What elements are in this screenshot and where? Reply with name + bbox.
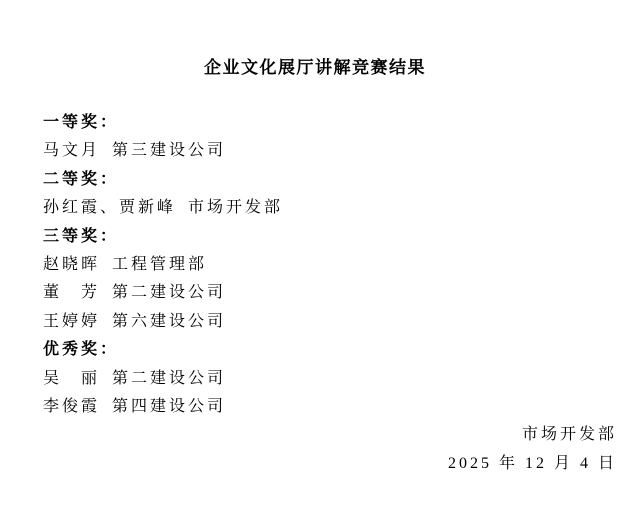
document-title: 企业文化展厅讲解竞赛结果 xyxy=(0,0,630,78)
award-entry: 孙红霞、贾新峰市场开发部 xyxy=(0,194,630,222)
winner-name: 吴 丽 xyxy=(43,370,100,387)
signature-date: 2025 年 12 月 4 日 xyxy=(0,450,630,478)
award-entry: 李俊霞第四建设公司 xyxy=(0,393,630,421)
winner-unit: 第六建设公司 xyxy=(112,313,226,330)
signature-department: 市场开发部 xyxy=(0,421,630,449)
winner-name: 赵晓晖 xyxy=(43,256,100,273)
winner-name: 孙红霞、贾新峰 xyxy=(43,199,176,216)
winner-name: 马文月 xyxy=(43,142,100,159)
winner-unit: 第三建设公司 xyxy=(112,142,226,159)
document-body: 一等奖： 马文月第三建设公司 二等奖： 孙红霞、贾新峰市场开发部 三等奖： 赵晓… xyxy=(0,109,630,478)
winner-unit: 第二建设公司 xyxy=(112,370,226,387)
winner-name: 董 芳 xyxy=(43,284,100,301)
award-tier-heading-second: 二等奖： xyxy=(0,166,630,194)
document-page: 企业文化展厅讲解竞赛结果 一等奖： 马文月第三建设公司 二等奖： 孙红霞、贾新峰… xyxy=(0,0,630,509)
award-entry: 赵晓晖工程管理部 xyxy=(0,251,630,279)
winner-name: 王婷婷 xyxy=(43,313,100,330)
award-entry: 吴 丽第二建设公司 xyxy=(0,365,630,393)
award-entry: 王婷婷第六建设公司 xyxy=(0,308,630,336)
winner-unit: 第四建设公司 xyxy=(112,398,226,415)
winner-unit: 第二建设公司 xyxy=(112,284,226,301)
award-entry: 马文月第三建设公司 xyxy=(0,137,630,165)
signature-block: 市场开发部 2025 年 12 月 4 日 xyxy=(0,421,630,478)
winner-name: 李俊霞 xyxy=(43,398,100,415)
winner-unit: 工程管理部 xyxy=(112,256,207,273)
award-tier-heading-third: 三等奖： xyxy=(0,223,630,251)
award-entry: 董 芳第二建设公司 xyxy=(0,279,630,307)
winner-unit: 市场开发部 xyxy=(188,199,283,216)
award-tier-heading-excellence: 优秀奖： xyxy=(0,336,630,364)
award-tier-heading-first: 一等奖： xyxy=(0,109,630,137)
